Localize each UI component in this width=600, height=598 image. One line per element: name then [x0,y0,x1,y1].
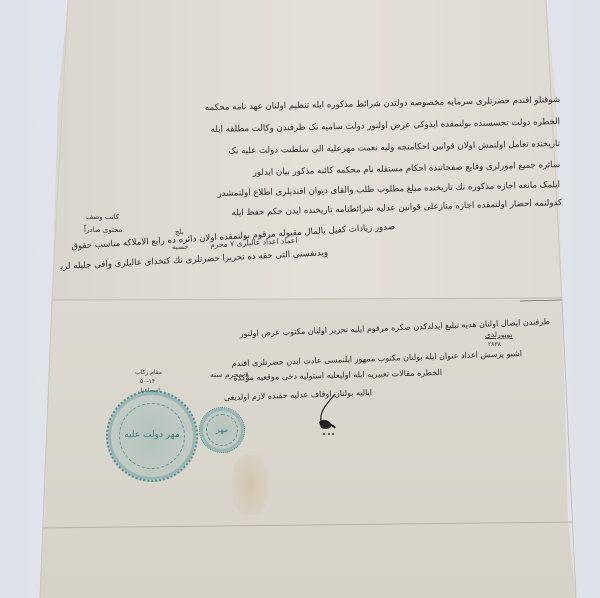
water-stain [232,455,268,515]
header-note-number: ۲۸۳۸ [488,341,501,348]
date-note: ۸ محرم سنه [210,370,249,379]
large-seal-text: مهر دولت علیه [119,403,185,469]
margin-note: کاتب وصف [86,213,119,221]
left-note: ۵۰-۱۴ [140,378,155,385]
small-seal-text: مهر [206,414,238,446]
small-round-seal: مهر [199,407,245,453]
header-note: بوپورلدی [485,330,513,339]
margin-note: محتوی صادراً [84,226,122,234]
left-note: مقام رکاب [135,369,162,376]
large-round-seal: مهر دولت علیه [106,390,198,482]
witness-note: حسبه [172,243,188,251]
paper-shape [0,0,600,598]
document-paper: شوقتلو افندم حضرتلری سرمایه مخصوصه دولتد… [0,0,600,598]
witness-note: بلج [175,228,184,236]
